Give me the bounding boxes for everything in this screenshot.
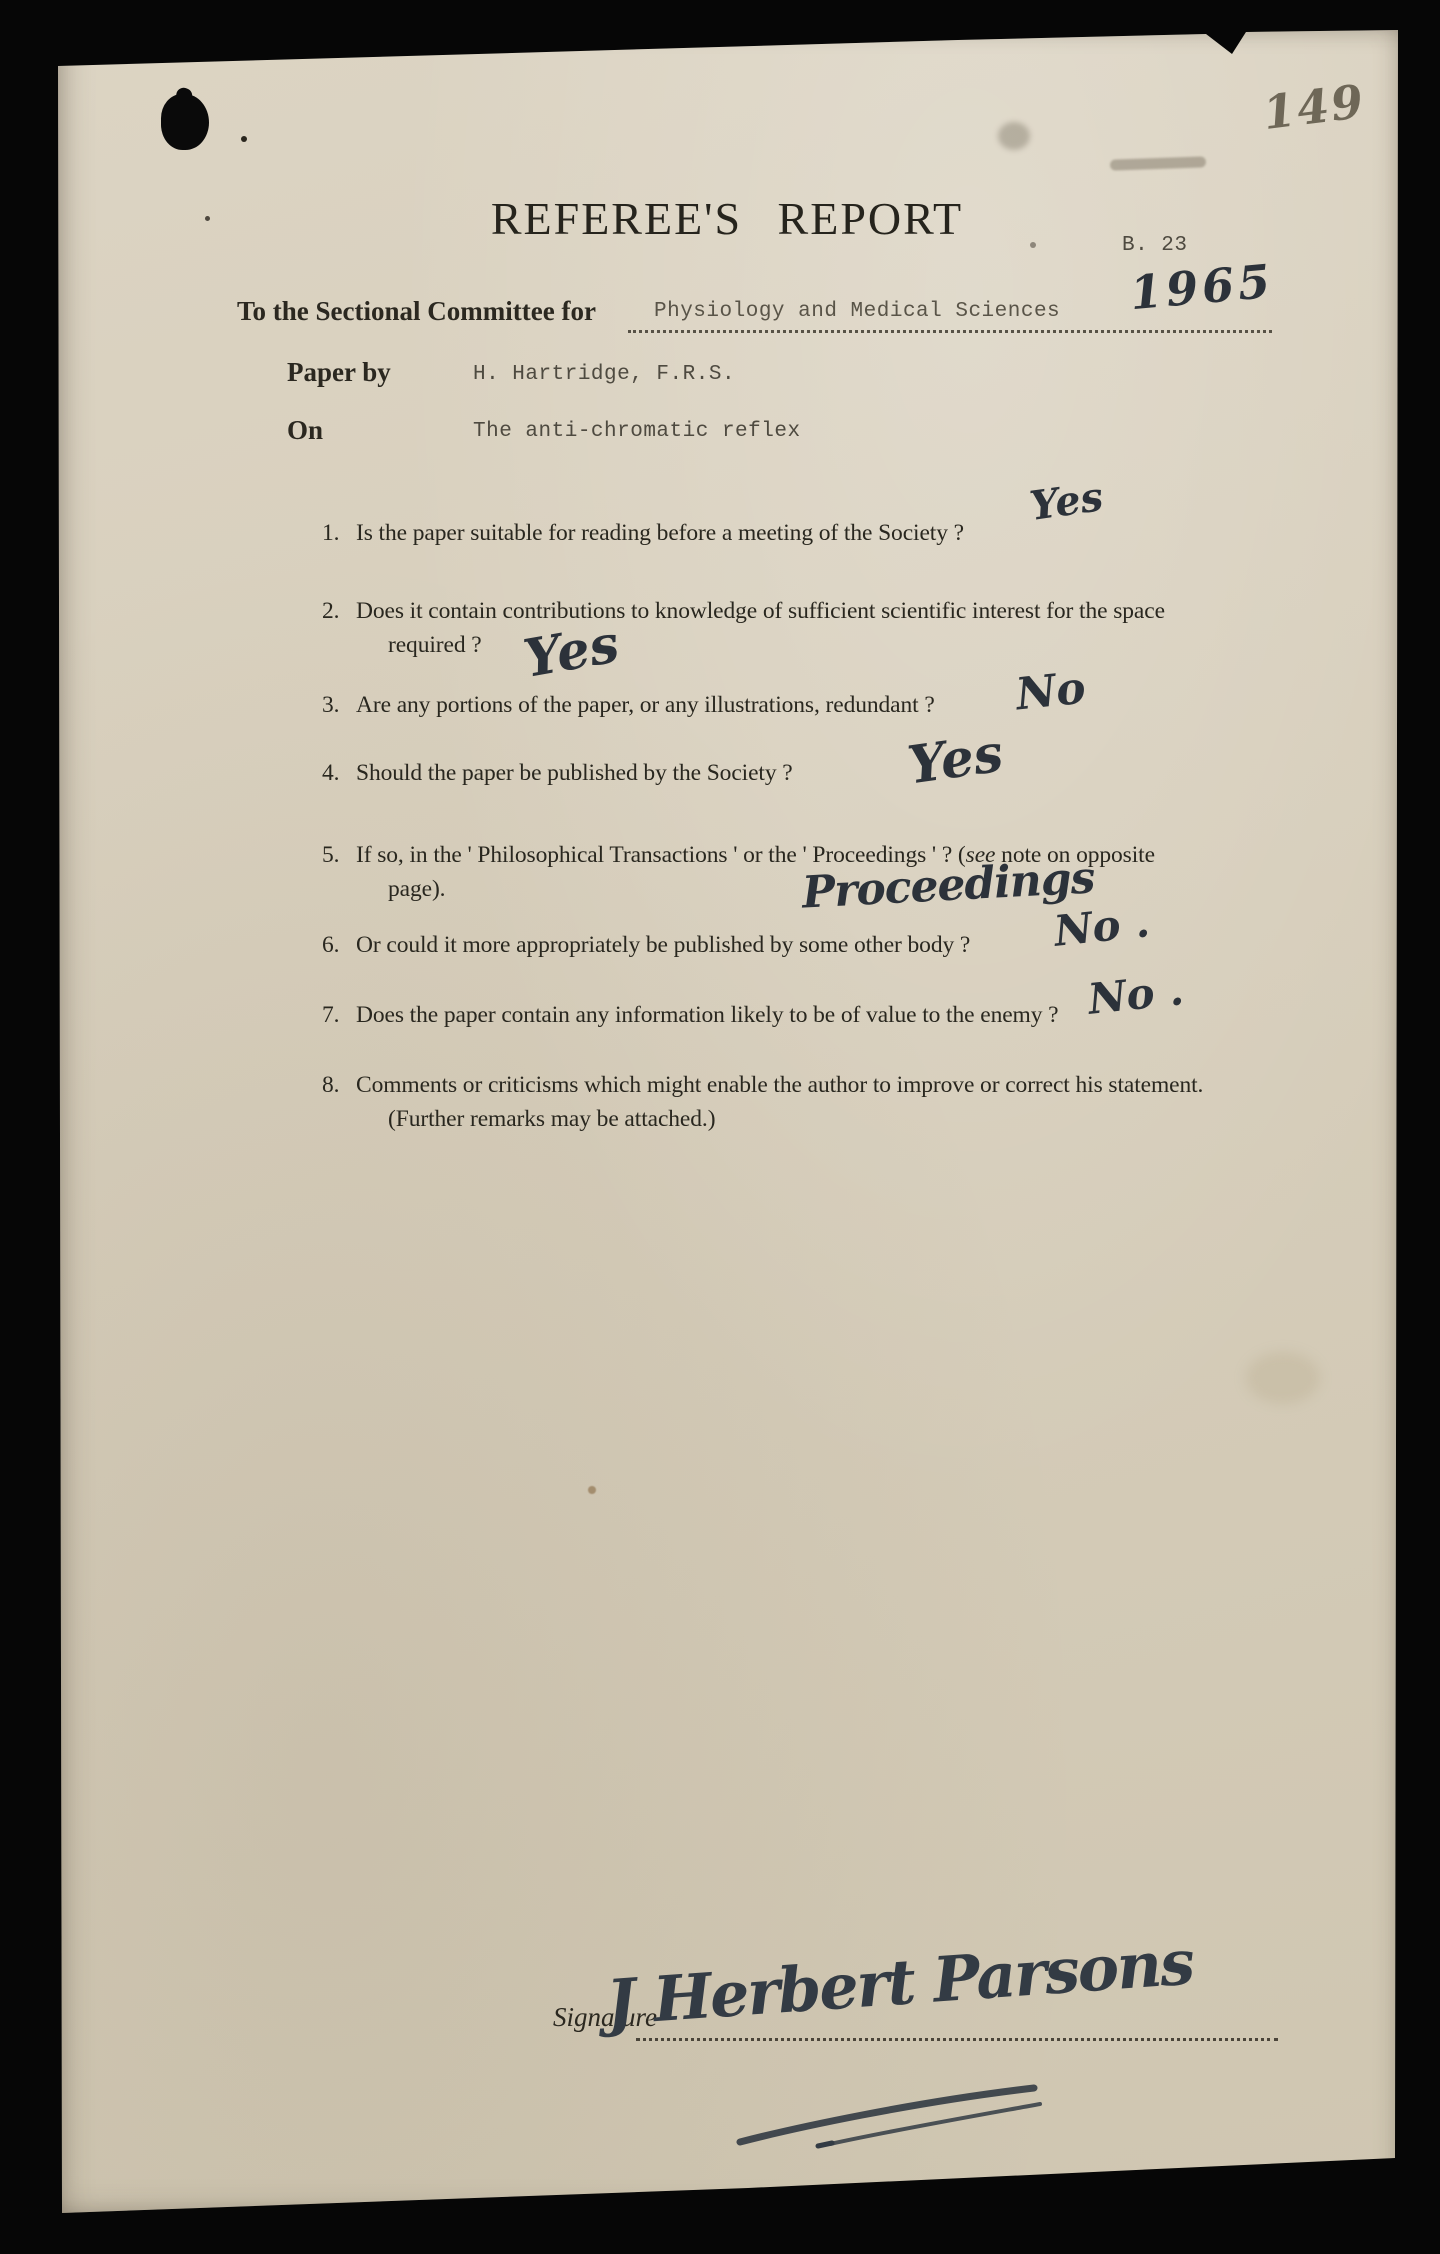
pencil-smudge — [1110, 156, 1206, 170]
form-code: B. 23 — [1122, 234, 1188, 257]
answer-q6: No . — [1052, 901, 1152, 953]
paper-title: The anti-chromatic reflex — [473, 420, 801, 443]
question-text: Does it contain contributions to knowled… — [356, 598, 1165, 624]
paper-sheet: 149 REFEREE'S REPORT B. 23 1965 To the S… — [58, 30, 1398, 2215]
question-4: 4.Should the paper be published by the S… — [322, 760, 793, 787]
ink-speck — [241, 136, 247, 142]
stain — [998, 122, 1030, 150]
question-number: 3. — [322, 692, 356, 719]
answer-q1: Yes — [1028, 477, 1106, 527]
question-3: 3.Are any portions of the paper, or any … — [322, 692, 935, 719]
question-8: 8.Comments or criticisms which might ena… — [322, 1072, 1203, 1133]
question-6: 6.Or could it more appropriately be publ… — [322, 932, 970, 959]
committee-dotted-line — [628, 330, 1272, 333]
question-number: 2. — [322, 598, 356, 625]
page-title: REFEREE'S REPORT — [58, 192, 1396, 245]
on-label: On — [287, 415, 323, 446]
question-text: Should the paper be published by the Soc… — [356, 760, 793, 786]
paper-by-label: Paper by — [287, 357, 391, 388]
question-text: Or could it more appropriately be publis… — [356, 932, 970, 958]
question-text-continued: required ? — [388, 632, 1165, 659]
answer-q2: Yes — [520, 618, 623, 686]
question-number: 6. — [322, 932, 356, 959]
answer-q7: No . — [1086, 969, 1186, 1021]
question-number: 7. — [322, 1002, 356, 1029]
question-number: 5. — [322, 842, 356, 869]
question-text-continued: (Further remarks may be attached.) — [388, 1106, 1203, 1133]
stain — [1246, 1352, 1320, 1404]
committee-label: To the Sectional Committee for — [237, 296, 596, 327]
page-number-annotation: 149 — [1261, 78, 1368, 136]
answer-q4: Yes — [905, 728, 1006, 793]
question-1: 1.Is the paper suitable for reading befo… — [322, 520, 964, 547]
question-number: 8. — [322, 1072, 356, 1099]
signature-value: J Herbert Parsons — [605, 1932, 1195, 2035]
signature-dotted-line — [636, 2038, 1278, 2041]
stain — [588, 1486, 596, 1494]
scanned-document-page: { "document": { "page_number": "149", "f… — [0, 0, 1440, 2254]
question-text: Is the paper suitable for reading before… — [356, 520, 964, 546]
paper-author: H. Hartridge, F.R.S. — [473, 363, 735, 386]
committee-value: Physiology and Medical Sciences — [654, 300, 1060, 323]
signature-flourish — [734, 2080, 1074, 2150]
question-text: Does the paper contain any information l… — [356, 1002, 1059, 1028]
question-text: Are any portions of the paper, or any il… — [356, 692, 935, 718]
year-annotation: 1965 — [1128, 258, 1275, 316]
question-7: 7.Does the paper contain any information… — [322, 1002, 1059, 1029]
title-period-mark — [1030, 242, 1036, 248]
answer-q3: No — [1014, 666, 1088, 717]
question-number: 1. — [322, 520, 356, 547]
question-2: 2.Does it contain contributions to knowl… — [322, 598, 1165, 659]
question-number: 4. — [322, 760, 356, 787]
question-text: Comments or criticisms which might enabl… — [356, 1072, 1203, 1098]
